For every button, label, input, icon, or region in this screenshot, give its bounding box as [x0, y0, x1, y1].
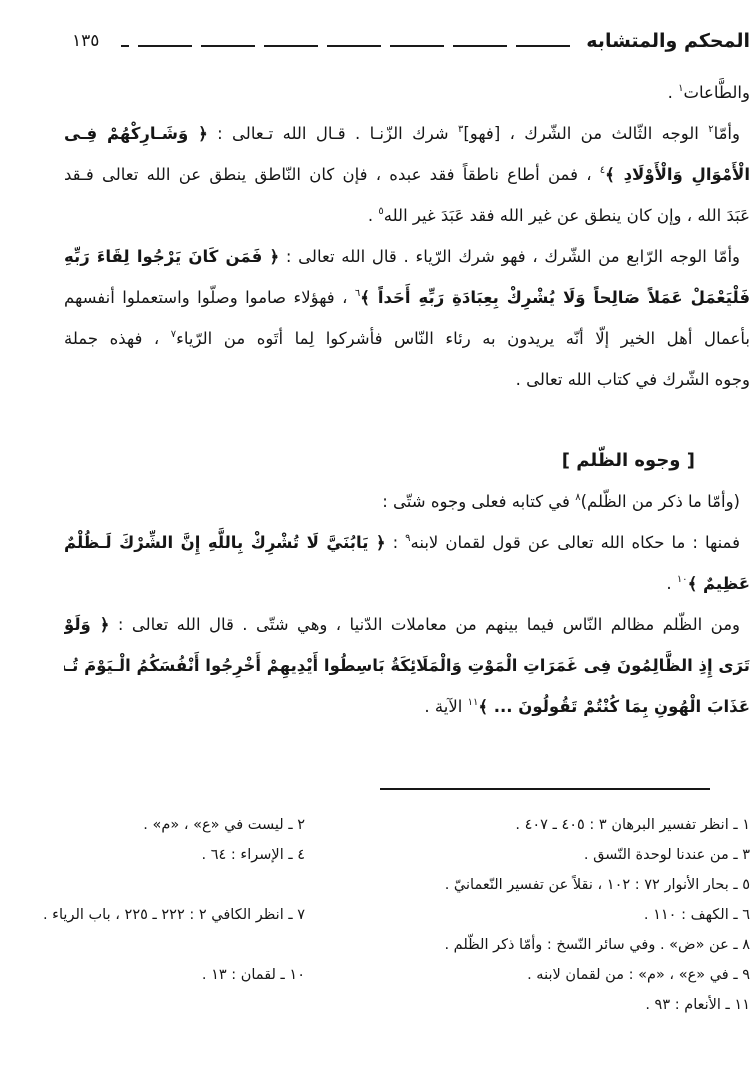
footnote-row: ١ ـ انظر تفسير البرهان ٣ : ٤٠٥ ـ ٤٠٧ . ٢… — [64, 810, 750, 840]
footnote-ref: ١١ — [468, 697, 479, 708]
body-line: ومن الظّلم مظالم النّاس فيما بينهم من مع… — [64, 604, 750, 645]
body-text: بأعمال أهل الخير إلّا أنّه يريدون به رئا… — [176, 329, 750, 348]
body-text: : — [386, 533, 406, 552]
footnote-text: ٥ ـ بحار الأنوار ٧٢ : ١٠٢ ، نقلاً عن تفس… — [445, 877, 750, 893]
quran-text: عَذَابَ الْهُونِ بِمَا كُنْتُمْ تَقُولُو… — [478, 697, 750, 716]
body-text: ، فهذه جملة — [64, 329, 171, 348]
footnote-text: ٧ ـ انظر الكافي ٢ : ٢٢٢ ـ ٢٢٥ ، باب الري… — [43, 900, 305, 930]
quran-text: فَلْيَعْمَلْ عَمَلاً صَالِحاً وَلَا يُشْ… — [360, 288, 750, 307]
footnote-ref: ١٠ — [677, 574, 688, 585]
quran-text: ﴿ فَمَن كَانَ يَرْجُوا لِقَاءَ رَبِّهِ — [64, 247, 279, 266]
body-text: ومن الظّلم مظالم النّاس فيما بينهم من مع… — [109, 615, 740, 634]
body-line: وأمّا الوجه الرّابع من الشّرك ، فهو شرك … — [64, 236, 750, 277]
body-text: (وأمّا ما ذكر من الظّلم) — [581, 492, 740, 511]
body-text: الآية . — [424, 697, 467, 716]
quran-text: الْأَمْوَالِ وَالْأَوْلَادِ ﴾ — [605, 165, 750, 184]
body-text: ، فمن أطاع ناطقاً فقد عبده ، فإن كان الن… — [64, 165, 600, 184]
body-text: والطَّاعات — [683, 83, 750, 102]
body-text: وأمّا — [714, 124, 740, 143]
footnote-text: ٨ ـ عن «ض» . وفي سائر النّسخ : وأمّا ذكر… — [444, 937, 750, 953]
quran-text: ﴿ يَابُنَيَّ لَا تُشْرِكْ بِاللَّهِ إِنَ… — [64, 533, 386, 552]
footnote-text: ٦ ـ الكهف : ١١٠ . — [644, 907, 750, 923]
body-text: الوجه الثّالث من الشّرك ، [فهو] — [463, 124, 708, 143]
quran-text: ﴿ وَشَـارِكْهُمْ فِـى — [64, 124, 208, 143]
footnote-row: ٩ ـ في «ع» ، «م» : من لقمان لابنه . ١٠ ـ… — [64, 960, 750, 990]
body-line: وجوه الشّرك في كتاب الله تعالى . — [64, 359, 750, 400]
page-number: ١٣٥ — [72, 31, 99, 51]
book-title: المحكم والمتشابه — [586, 30, 750, 52]
body-line: عَبَدَ الله ، وإن كان ينطق عن غير الله ف… — [64, 195, 750, 236]
footnotes-section: ١ ـ انظر تفسير البرهان ٣ : ٤٠٥ ـ ٤٠٧ . ٢… — [64, 788, 750, 1020]
body-line: تَرَى إِذِ الظَّالِمُونَ فِى غَمَرَاتِ ا… — [64, 645, 750, 686]
footnote-text: ٢ ـ ليست في «ع» ، «م» . — [143, 810, 305, 840]
body-text: شرك الزّنـا . قـال الله تـعالى : — [208, 124, 458, 143]
body-text: في كتابه فعلى وجوه شتّى : — [382, 492, 575, 511]
body-text: . — [368, 206, 379, 225]
footnote-text: ٤ ـ الإسراء : ٦٤ . — [202, 840, 305, 870]
body-line: بأعمال أهل الخير إلّا أنّه يريدون به رئا… — [64, 318, 750, 359]
body-text: عَبَدَ الله ، وإن كان ينطق عن غير الله ف… — [384, 206, 750, 225]
book-page: المحكم والمتشابه ١٣٥ والطَّاعات١ . وأمّا… — [0, 0, 756, 1081]
footnote-row: ٥ ـ بحار الأنوار ٧٢ : ١٠٢ ، نقلاً عن تفس… — [64, 870, 750, 900]
page-header: المحكم والمتشابه ١٣٥ — [72, 24, 750, 58]
quran-text: ﴿ وَلَوْ — [64, 615, 109, 634]
quran-text: عَظِيمٌ ﴾ — [688, 574, 750, 593]
body-line: فمنها : ما حكاه الله تعالى عن قول لقمان … — [64, 522, 750, 563]
body-text: . — [666, 574, 677, 593]
page-body: والطَّاعات١ . وأمّا٢ الوجه الثّالث من ال… — [64, 72, 750, 727]
header-dashed-rule — [121, 45, 570, 47]
footnote-row: ٨ ـ عن «ض» . وفي سائر النّسخ : وأمّا ذكر… — [64, 930, 750, 960]
body-text: ، فهؤلاء صاموا وصلّوا واستعملوا أنفسهم — [64, 288, 355, 307]
footnote-text: ١٠ ـ لقمان : ١٣ . — [202, 960, 305, 990]
footnote-list: ١ ـ انظر تفسير البرهان ٣ : ٤٠٥ ـ ٤٠٧ . ٢… — [64, 810, 750, 1020]
footnote-text: ٩ ـ في «ع» ، «م» : من لقمان لابنه . — [527, 967, 750, 983]
body-text: وأمّا الوجه الرّابع من الشّرك ، فهو شرك … — [279, 247, 740, 266]
body-line: عَذَابَ الْهُونِ بِمَا كُنْتُمْ تَقُولُو… — [64, 686, 750, 727]
body-line: عَظِيمٌ ﴾١٠ . — [64, 563, 750, 604]
body-line: (وأمّا ما ذكر من الظّلم)٨ في كتابه فعلى … — [64, 481, 750, 522]
footnote-row: ٦ ـ الكهف : ١١٠ . ٧ ـ انظر الكافي ٢ : ٢٢… — [64, 900, 750, 930]
footnote-separator — [380, 788, 710, 790]
footnote-text: ٣ ـ من عندنا لوحدة النّسق . — [584, 847, 750, 863]
body-line: فَلْيَعْمَلْ عَمَلاً صَالِحاً وَلَا يُشْ… — [64, 277, 750, 318]
body-text: فمنها : ما حكاه الله تعالى عن قول لقمان … — [411, 533, 740, 552]
quran-text: تَرَى إِذِ الظَّالِمُونَ فِى غَمَرَاتِ ا… — [64, 656, 750, 675]
body-line: الْأَمْوَالِ وَالْأَوْلَادِ ﴾٤ ، فمن أطا… — [64, 154, 750, 195]
footnote-row: ٣ ـ من عندنا لوحدة النّسق . ٤ ـ الإسراء … — [64, 840, 750, 870]
body-line: والطَّاعات١ . — [64, 72, 750, 113]
footnote-row: ١١ ـ الأنعام : ٩٣ . — [64, 990, 750, 1020]
section-heading: [ وجوه الظّلم ] — [64, 440, 750, 481]
body-line: وأمّا٢ الوجه الثّالث من الشّرك ، [فهو]٣ … — [64, 113, 750, 154]
body-text: . — [668, 83, 679, 102]
footnote-text: ١ ـ انظر تفسير البرهان ٣ : ٤٠٥ ـ ٤٠٧ . — [515, 817, 750, 833]
footnote-text: ١١ ـ الأنعام : ٩٣ . — [645, 997, 750, 1013]
body-text: وجوه الشّرك في كتاب الله تعالى . — [516, 370, 750, 389]
